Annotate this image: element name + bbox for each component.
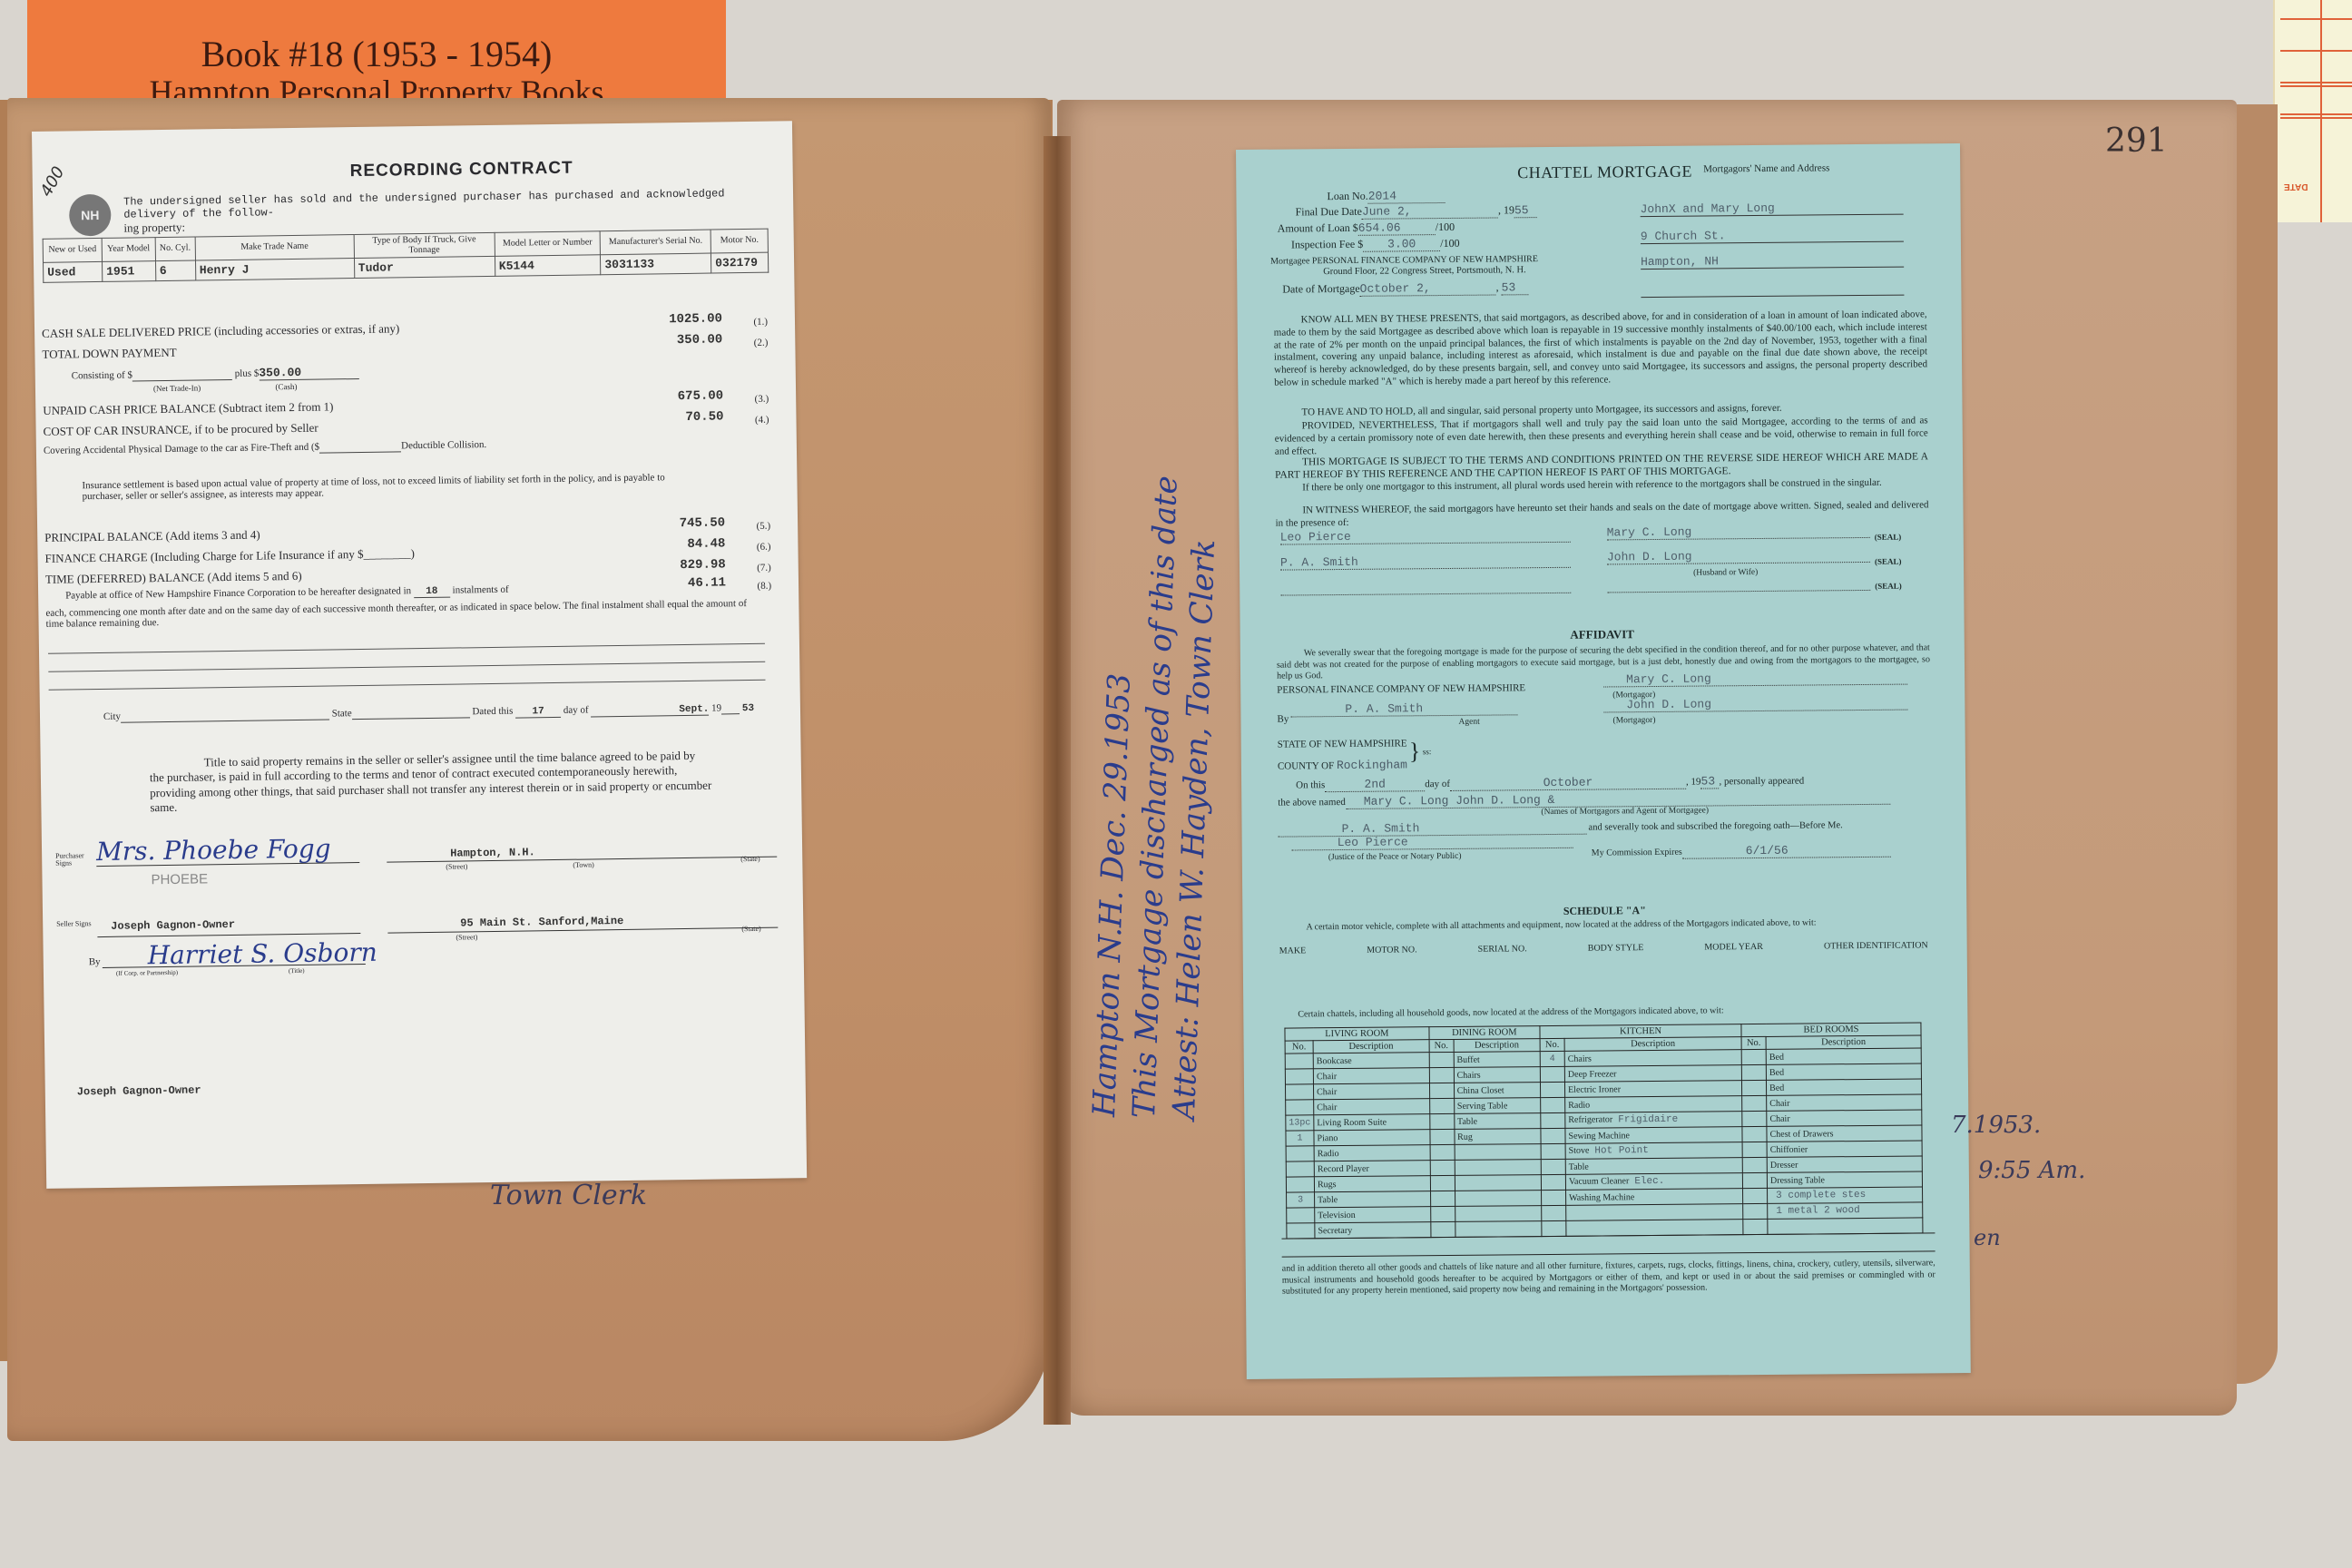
goods-description: Dresser — [1767, 1156, 1922, 1172]
goods-qty — [1285, 1084, 1313, 1100]
item-3: UNPAID CASH PRICE BALANCE (Subtract item… — [43, 394, 769, 418]
item-5: PRINCIPAL BALANCE (Add items 3 and 4) 74… — [44, 521, 770, 545]
goods-description: Deep Freezer — [1564, 1065, 1741, 1083]
goods-description: Radio — [1565, 1096, 1742, 1113]
goods-qty — [1542, 1205, 1566, 1220]
goods-qty — [1541, 1159, 1565, 1174]
goods-qty — [1542, 1220, 1566, 1236]
goods-description: Buffet — [1454, 1052, 1540, 1068]
mortgage-date: October 2, — [1360, 281, 1496, 297]
insurance-note: Insurance settlement is based upon actua… — [82, 472, 681, 502]
book-label-line1: Book #18 (1953 - 1954) — [27, 33, 726, 75]
affidavit-title: AFFIDAVIT — [1240, 624, 1965, 645]
vehicle-header: Manufacturer's Serial No. — [600, 230, 710, 255]
payable-text-2: each, commencing one month after date an… — [45, 598, 753, 630]
goods-description: Living Room Suite — [1314, 1114, 1430, 1131]
date-row: City State Dated this 17 day of Sept. 19… — [103, 702, 775, 724]
goods-description: Secretary — [1315, 1222, 1431, 1239]
goods-qty: 4 — [1540, 1051, 1564, 1066]
item-6: FINANCE CHARGE (Including Charge for Lif… — [44, 542, 770, 566]
book-gutter — [1044, 136, 1071, 1425]
vehicle-serial: 3031133 — [601, 253, 711, 275]
goods-qty — [1430, 1206, 1455, 1221]
goods-qty — [1430, 1191, 1455, 1206]
goods-qty — [1286, 1161, 1314, 1177]
goods-qty — [1742, 1080, 1767, 1095]
recording-contract: 400 RECORDING CONTRACT NH The undersigne… — [32, 121, 807, 1189]
goods-description: Chair — [1767, 1110, 1922, 1126]
purchaser-town: Hampton, N.H. — [450, 846, 535, 859]
signer-2: John D. Long — [1607, 548, 1870, 565]
item-6-amount: 84.48 — [687, 536, 725, 552]
item-2: TOTAL DOWN PAYMENT 350.00 (2.) — [42, 338, 768, 362]
witness-3 — [1280, 578, 1571, 596]
nh-logo-icon: NH — [69, 194, 112, 237]
chattel-mortgage: CHATTEL MORTGAGE Mortgagors' Name and Ad… — [1236, 143, 1971, 1379]
goods-description: StoveHot Point — [1565, 1142, 1742, 1160]
mortgage-title: CHATTEL MORTGAGE — [1517, 162, 1692, 183]
coverage-row: Covering Accidental Physical Damage to t… — [44, 436, 769, 457]
final-due-date: June 2, — [1362, 203, 1498, 219]
justice-name: Leo Pierce — [1292, 834, 1573, 851]
goods-description: Bed — [1767, 1079, 1922, 1095]
vehicle-motor: 032179 — [711, 252, 769, 273]
goods-qty — [1285, 1053, 1313, 1069]
signer-3 — [1607, 575, 1870, 593]
goods-qty — [1742, 1157, 1767, 1172]
mortgagor-line-4 — [1641, 280, 1904, 299]
goods-description: Chest of Drawers — [1767, 1125, 1922, 1142]
goods-description: Chair — [1314, 1099, 1430, 1115]
goods-qty — [1742, 1111, 1767, 1126]
goods-description: Radio — [1314, 1145, 1430, 1161]
goods-description: Table — [1454, 1113, 1540, 1130]
goods-qty — [1540, 1066, 1564, 1082]
goods-description: 1 metal 2 wood — [1768, 1202, 1923, 1219]
goods-qty — [1541, 1143, 1565, 1159]
goods-description: Piano — [1314, 1130, 1430, 1146]
goods-qty — [1429, 1052, 1454, 1067]
goods-description: Chair — [1767, 1094, 1922, 1111]
goods-qty — [1430, 1144, 1455, 1160]
goods-qty: 1 — [1286, 1131, 1314, 1146]
witness-1: Leo Pierce — [1280, 528, 1571, 545]
instalments-count: 18 — [414, 586, 450, 599]
mortgagor-line-2: 9 Church St. — [1641, 228, 1904, 245]
item-1: CASH SALE DELIVERED PRICE (including acc… — [42, 317, 768, 341]
vehicle-header: Year Model — [102, 238, 155, 262]
index-card: DATE — [2273, 0, 2352, 222]
goods-qty: 13pc — [1286, 1115, 1314, 1131]
household-goods-table: LIVING ROOM DINING ROOM KITCHEN BED ROOM… — [1284, 1022, 1923, 1239]
goods-description: Bed — [1766, 1063, 1921, 1080]
vehicle-header: New or Used — [43, 238, 102, 262]
contract-month: Sept. — [591, 704, 709, 718]
mortgagor-line-3: Hampton, NH — [1641, 253, 1904, 270]
schedule-vehicle-columns: MAKE MOTOR NO. SERIAL NO. BODY STYLE MOD… — [1279, 940, 1928, 955]
goods-description: Vacuum CleanerElec. — [1565, 1173, 1742, 1191]
goods-qty — [1429, 1067, 1454, 1083]
addition-clause: and in addition thereto all other goods … — [1282, 1258, 1935, 1298]
seller-address: 95 Main St. Sanford,Maine — [460, 915, 623, 930]
goods-qty — [1541, 1112, 1565, 1128]
goods-description: Table — [1315, 1191, 1431, 1208]
goods-description: Rug — [1455, 1129, 1541, 1145]
goods-description — [1455, 1175, 1541, 1191]
goods-description — [1566, 1204, 1743, 1221]
goods-qty — [1542, 1190, 1566, 1205]
goods-qty — [1743, 1188, 1768, 1203]
margin-date-note: 7.1953. — [1951, 1112, 2041, 1139]
vehicle-header: No. Cyl. — [155, 237, 195, 261]
goods-description — [1455, 1221, 1541, 1238]
goods-description: Table — [1565, 1158, 1742, 1175]
goods-description: Television — [1315, 1207, 1431, 1223]
goods-description: Chair — [1314, 1083, 1430, 1100]
footer-name: Joseph Gagnon-Owner — [77, 1083, 201, 1098]
vehicle-header: Type of Body If Truck, Give Tonnage — [354, 232, 495, 258]
goods-qty — [1541, 1128, 1565, 1143]
goods-description: Bookcase — [1313, 1053, 1429, 1069]
goods-qty — [1743, 1219, 1768, 1234]
goods-description: Chair — [1313, 1068, 1429, 1084]
goods-qty — [1286, 1177, 1314, 1192]
purchaser-signature: Mrs. Phoebe Fogg — [96, 833, 331, 867]
vehicle-year: 1951 — [103, 261, 156, 282]
cash-amount: 350.00 — [259, 365, 358, 381]
inspection-fee: 3.00 — [1363, 237, 1440, 252]
goods-qty — [1429, 1098, 1454, 1113]
goods-qty — [1742, 1172, 1767, 1188]
goods-qty — [1741, 1049, 1766, 1064]
goods-description: Sewing Machine — [1565, 1127, 1742, 1144]
goods-qty — [1429, 1083, 1454, 1098]
purchaser-print: PHOEBE — [151, 871, 208, 887]
vehicle-body: Tudor — [354, 256, 495, 278]
goods-description — [1455, 1191, 1541, 1207]
vehicle-header: Make Trade Name — [195, 235, 354, 260]
goods-qty — [1430, 1129, 1455, 1144]
vehicle-model: K5144 — [495, 255, 601, 277]
contract-day: 17 — [515, 706, 561, 719]
goods-qty — [1429, 1113, 1454, 1129]
goods-description: Rugs — [1314, 1176, 1430, 1192]
goods-qty — [1541, 1097, 1565, 1112]
goods-qty — [1287, 1223, 1315, 1239]
goods-qty — [1430, 1221, 1455, 1237]
goods-description: 3 complete stes — [1768, 1187, 1923, 1203]
town-clerk-note: Town Clerk — [490, 1180, 647, 1211]
vehicle-new-used: Used — [44, 261, 103, 282]
know-all-clause: KNOW ALL MEN BY THESE PRESENTS, that sai… — [1274, 309, 1928, 389]
goods-description: Chiffonier — [1767, 1141, 1922, 1157]
goods-qty — [1430, 1175, 1455, 1191]
goods-description: China Closet — [1454, 1083, 1540, 1099]
goods-description — [1455, 1206, 1541, 1222]
goods-description: Serving Table — [1454, 1098, 1540, 1114]
card-date-label: DATE — [2284, 181, 2308, 191]
affidavit-agent: P. A. Smith — [1290, 701, 1517, 717]
item-1-amount: 1025.00 — [669, 311, 722, 327]
goods-qty — [1286, 1100, 1314, 1115]
goods-qty — [1741, 1064, 1766, 1080]
goods-qty — [1540, 1082, 1564, 1097]
goods-description: Electric Ironer — [1564, 1081, 1741, 1098]
commission-expires: 6/1/56 — [1682, 843, 1891, 859]
corner-note: 400 — [36, 163, 68, 200]
signer-1: Mary C. Long — [1607, 524, 1870, 541]
page-number: 291 — [2105, 122, 2168, 160]
goods-description: RefrigeratorFrigidaire — [1565, 1112, 1742, 1129]
instalment-amount: 46.11 — [688, 575, 726, 591]
margin-fragment: en — [1974, 1225, 2001, 1250]
goods-description: Record Player — [1314, 1161, 1430, 1177]
goods-description — [1455, 1160, 1541, 1176]
vehicle-cyl: 6 — [155, 260, 195, 281]
goods-qty — [1541, 1174, 1565, 1190]
loan-amount: 654.06 — [1358, 220, 1436, 236]
item-2-amount: 350.00 — [677, 332, 723, 348]
goods-qty — [1742, 1126, 1767, 1142]
mortgagor-line-1: JohnX and Mary Long — [1641, 201, 1904, 218]
contract-intro-2: ing property: — [123, 220, 185, 236]
goods-description: Dressing Table — [1767, 1171, 1922, 1188]
contract-year: 53 — [742, 703, 754, 714]
vehicle-make: Henry J — [195, 259, 354, 280]
goods-qty: 3 — [1287, 1192, 1315, 1208]
contract-intro: The undersigned seller has sold and the … — [123, 187, 777, 221]
item-5-amount: 745.50 — [680, 515, 726, 531]
goods-qty — [1743, 1203, 1768, 1219]
goods-qty — [1742, 1142, 1767, 1157]
margin-time-note: 9:55 Am. — [1978, 1157, 2085, 1184]
vehicle-header: Motor No. — [710, 229, 768, 253]
item-4-amount: 70.50 — [685, 409, 723, 425]
goods-qty — [1742, 1095, 1767, 1111]
vehicle-header: Model Letter or Number — [495, 231, 601, 257]
county: Rockingham — [1337, 758, 1407, 772]
seller-name: Joseph Gagnon-Owner — [111, 918, 235, 933]
vehicle-table: New or Used Year Model No. Cyl. Make Tra… — [43, 229, 769, 283]
item-7-amount: 829.98 — [680, 557, 726, 573]
item-4: COST OF CAR INSURANCE, if to be procured… — [44, 415, 769, 439]
item-3-amount: 675.00 — [678, 388, 724, 404]
goods-description: Chairs — [1454, 1067, 1540, 1083]
goods-description — [1455, 1144, 1541, 1161]
title-clause: Title to said property remains in the se… — [150, 749, 713, 816]
witness-2: P. A. Smith — [1280, 554, 1571, 571]
goods-qty — [1286, 1146, 1314, 1161]
goods-description: Washing Machine — [1566, 1189, 1743, 1206]
goods-description: Chairs — [1564, 1050, 1741, 1067]
contract-title: RECORDING CONTRACT — [349, 159, 573, 181]
goods-qty — [1285, 1069, 1313, 1084]
goods-qty — [1287, 1208, 1315, 1223]
goods-qty — [1430, 1160, 1455, 1175]
goods-description: Bed — [1766, 1048, 1921, 1064]
loan-number: 2014 — [1368, 189, 1445, 204]
